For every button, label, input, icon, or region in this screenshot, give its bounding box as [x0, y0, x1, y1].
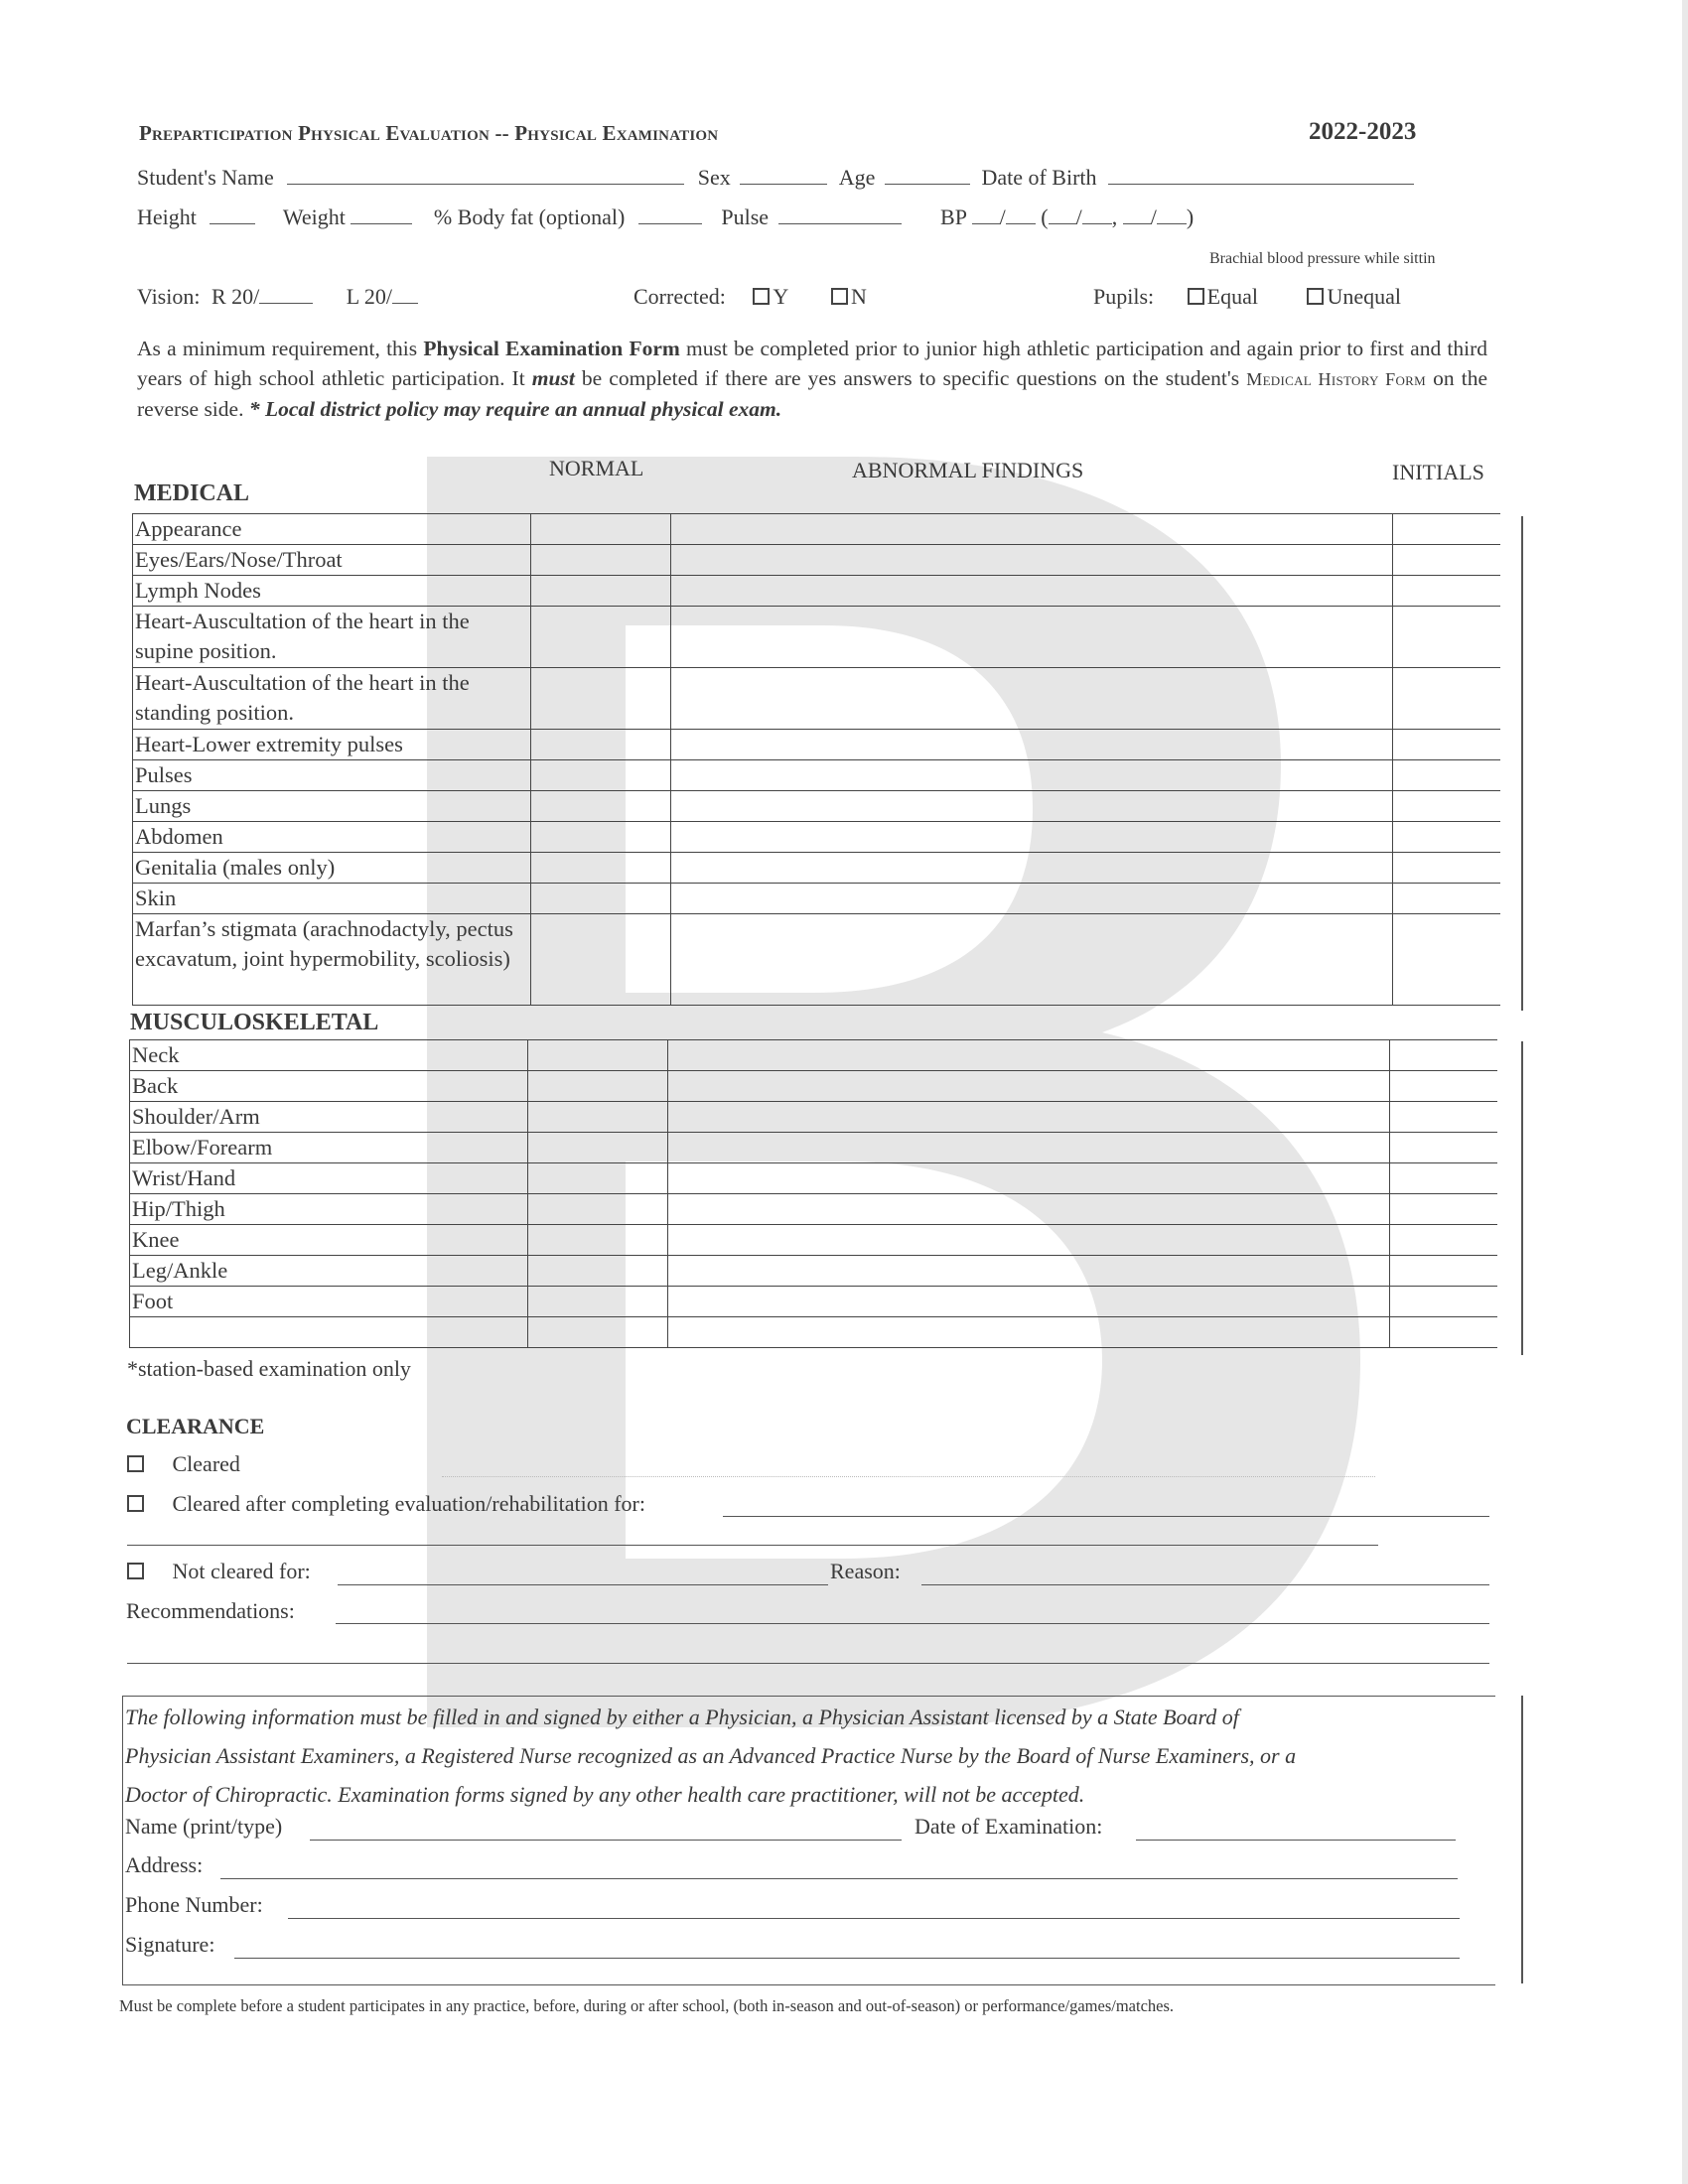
recommendations-field[interactable] [336, 1623, 1489, 1624]
table-row: Hip/Thigh [130, 1194, 1498, 1225]
normal-cell[interactable] [531, 545, 671, 576]
footer-note: Must be complete before a student partic… [119, 1996, 1174, 2016]
table-row: Lungs [133, 791, 1501, 822]
table-right-border [1515, 1041, 1523, 1355]
recommendations-label: Recommendations: [126, 1598, 295, 1624]
exam-date-label: Date of Examination: [914, 1814, 1102, 1840]
abnormal-findings-cell[interactable] [668, 1133, 1390, 1163]
abnormal-findings-cell[interactable] [671, 822, 1393, 853]
dob-field[interactable] [1108, 166, 1414, 185]
abnormal-findings-cell[interactable] [671, 607, 1393, 668]
abnormal-findings-cell[interactable] [668, 1256, 1390, 1287]
examiner-notice: The following information must be filled… [125, 1698, 1296, 1814]
recommendations-field-continued[interactable] [127, 1663, 1489, 1664]
normal-cell[interactable] [531, 760, 671, 791]
pulse-field[interactable] [778, 205, 902, 224]
normal-cell[interactable] [528, 1317, 668, 1348]
abnormal-findings-cell[interactable] [668, 1102, 1390, 1133]
signature-label: Signature: [125, 1932, 214, 1958]
cleared-after-checkbox[interactable]: Cleared after completing evaluation/reha… [127, 1491, 645, 1517]
vision-left-label: L 20/ [347, 284, 392, 309]
initials-cell[interactable] [1393, 730, 1501, 760]
checkbox-icon [127, 1455, 144, 1472]
column-header-initials: INITIALS [1392, 460, 1484, 485]
checkbox-icon [127, 1495, 144, 1512]
cleared-after-field[interactable] [723, 1516, 1489, 1517]
column-header-normal: NORMAL [549, 456, 643, 481]
table-row: Wrist/Hand [130, 1163, 1498, 1194]
age-field[interactable] [885, 166, 970, 185]
exam-item-label: Knee [130, 1225, 528, 1256]
abnormal-findings-cell[interactable] [668, 1317, 1390, 1348]
exam-item-label: Skin [133, 884, 531, 914]
box-right-border [1515, 1696, 1523, 1983]
exam-item-label: Leg/Ankle [130, 1256, 528, 1287]
sex-label: Sex [698, 165, 731, 190]
vision-label: Vision: [137, 284, 200, 309]
vision-row: Vision: R 20/ L 20/ [137, 284, 418, 310]
exam-date-field[interactable] [1136, 1840, 1456, 1841]
abnormal-findings-cell[interactable] [668, 1225, 1390, 1256]
exam-item-label: Hip/Thigh [130, 1194, 528, 1225]
table-row: Appearance [133, 514, 1501, 545]
abnormal-findings-cell[interactable] [671, 853, 1393, 884]
student-name-row: Student's Name Sex Age Date of Birth [137, 165, 1414, 191]
normal-cell[interactable] [528, 1256, 668, 1287]
pupils-label: Pupils: [1093, 284, 1154, 309]
normal-cell[interactable] [531, 822, 671, 853]
table-row: Eyes/Ears/Nose/Throat [133, 545, 1501, 576]
table-row: Skin [133, 884, 1501, 914]
initials-cell[interactable] [1393, 607, 1501, 668]
initials-cell[interactable] [1390, 1287, 1498, 1317]
bodyfat-field[interactable] [638, 205, 702, 224]
initials-cell[interactable] [1393, 668, 1501, 730]
student-name-label: Student's Name [137, 165, 274, 190]
exam-item-label: Eyes/Ears/Nose/Throat [133, 545, 531, 576]
abnormal-findings-cell[interactable] [671, 514, 1393, 545]
table-row: Shoulder/Arm [130, 1102, 1498, 1133]
not-cleared-field[interactable] [338, 1584, 828, 1585]
bp-field[interactable]: / (/, /) [972, 205, 1195, 229]
weight-field[interactable] [351, 205, 412, 224]
cleared-after-field-continued[interactable] [127, 1545, 1378, 1546]
abnormal-findings-cell[interactable] [668, 1194, 1390, 1225]
pupils-unequal-checkbox[interactable]: Unequal [1307, 284, 1401, 309]
exam-item-label: Wrist/Hand [130, 1163, 528, 1194]
exam-item-label: Heart-Auscultation of the heart in the s… [133, 668, 531, 730]
bp-note: Brachial blood pressure while sittin [1209, 250, 1436, 268]
clearance-heading: CLEARANCE [126, 1414, 264, 1439]
initials-cell[interactable] [1390, 1102, 1498, 1133]
phone-field[interactable] [288, 1918, 1460, 1919]
table-row: Heart-Lower extremity pulses [133, 730, 1501, 760]
initials-cell[interactable] [1393, 514, 1501, 545]
abnormal-findings-cell[interactable] [671, 576, 1393, 607]
dob-label: Date of Birth [981, 165, 1096, 190]
height-label: Height [137, 205, 197, 229]
table-row: Neck [130, 1040, 1498, 1071]
bp-label: BP [940, 205, 966, 229]
corrected-yes-checkbox[interactable]: Y [753, 284, 787, 309]
cleared-checkbox[interactable]: Cleared [127, 1451, 240, 1477]
initials-cell[interactable] [1393, 545, 1501, 576]
exam-item-label: Pulses [133, 760, 531, 791]
age-label: Age [839, 165, 876, 190]
checkbox-icon [831, 288, 848, 305]
exam-item-label: Heart-Lower extremity pulses [133, 730, 531, 760]
exam-item-label: Abdomen [133, 822, 531, 853]
exam-item-label: Genitalia (males only) [133, 853, 531, 884]
exam-item-label: Lymph Nodes [133, 576, 531, 607]
exam-item-label: Elbow/Forearm [130, 1133, 528, 1163]
examiner-name-field[interactable] [310, 1840, 902, 1841]
initials-cell[interactable] [1393, 853, 1501, 884]
normal-cell[interactable] [528, 1163, 668, 1194]
district-policy-note: * Local district policy may require an a… [249, 397, 781, 421]
table-row: Foot [130, 1287, 1498, 1317]
vision-right-field[interactable] [259, 285, 313, 304]
address-label: Address: [125, 1852, 203, 1878]
weight-label: Weight [283, 205, 346, 229]
initials-cell[interactable] [1390, 1133, 1498, 1163]
instructions-paragraph: As a minimum requirement, this Physical … [137, 334, 1487, 424]
abnormal-findings-cell[interactable] [668, 1287, 1390, 1317]
abnormal-findings-cell[interactable] [668, 1163, 1390, 1194]
normal-cell[interactable] [531, 730, 671, 760]
exam-item-label: Shoulder/Arm [130, 1102, 528, 1133]
reason-field[interactable] [921, 1584, 1489, 1585]
musculoskeletal-heading: MUSCULOSKELETAL [130, 1010, 378, 1036]
height-field[interactable] [210, 205, 255, 224]
initials-cell[interactable] [1393, 760, 1501, 791]
normal-cell[interactable] [531, 884, 671, 914]
table-row: Lymph Nodes [133, 576, 1501, 607]
abnormal-findings-cell[interactable] [671, 730, 1393, 760]
vision-left-field[interactable] [392, 285, 418, 304]
not-cleared-checkbox[interactable]: Not cleared for: [127, 1559, 311, 1584]
measurements-row: Height Weight % Body fat (optional) Puls… [137, 205, 1194, 230]
abnormal-findings-cell[interactable] [671, 545, 1393, 576]
normal-cell[interactable] [528, 1194, 668, 1225]
initials-cell[interactable] [1393, 791, 1501, 822]
normal-cell[interactable] [528, 1225, 668, 1256]
table-row: Marfan’s stigmata (arachnodactyly, pectu… [133, 914, 1501, 1006]
table-row: Genitalia (males only) [133, 853, 1501, 884]
checkbox-icon [753, 288, 770, 305]
initials-cell[interactable] [1390, 1256, 1498, 1287]
table-row: Knee [130, 1225, 1498, 1256]
normal-cell[interactable] [531, 668, 671, 730]
initials-cell[interactable] [1393, 914, 1501, 1006]
initials-cell[interactable] [1393, 576, 1501, 607]
initials-cell[interactable] [1390, 1163, 1498, 1194]
table-right-border [1515, 516, 1523, 1011]
pupils-equal-checkbox[interactable]: Equal [1188, 284, 1258, 309]
examiner-name-label: Name (print/type) [125, 1814, 282, 1840]
corrected-label: Corrected: [633, 284, 726, 309]
reason-label: Reason: [830, 1559, 901, 1584]
faint-scan-line [442, 1476, 1375, 1477]
station-note: *station-based examination only [127, 1356, 411, 1382]
checkbox-icon [127, 1563, 144, 1579]
musculoskeletal-exam-table: NeckBackShoulder/ArmElbow/ForearmWrist/H… [129, 1039, 1497, 1348]
abnormal-findings-cell[interactable] [671, 668, 1393, 730]
initials-cell[interactable] [1393, 884, 1501, 914]
column-header-abnormal: ABNORMAL FINDINGS [852, 458, 1083, 483]
initials-cell[interactable] [1393, 822, 1501, 853]
scan-edge [1682, 0, 1688, 2184]
table-row: Elbow/Forearm [130, 1133, 1498, 1163]
bodyfat-label: % Body fat (optional) [434, 205, 625, 229]
signature-field[interactable] [234, 1958, 1460, 1959]
abnormal-findings-cell[interactable] [671, 884, 1393, 914]
abnormal-findings-cell[interactable] [668, 1071, 1390, 1102]
pulse-label: Pulse [721, 205, 769, 229]
exam-item-label: Heart-Auscultation of the heart in the s… [133, 607, 531, 668]
initials-cell[interactable] [1390, 1317, 1498, 1348]
initials-cell[interactable] [1390, 1194, 1498, 1225]
table-row [130, 1317, 1498, 1348]
address-field[interactable] [220, 1878, 1458, 1879]
normal-cell[interactable] [531, 514, 671, 545]
sex-field[interactable] [740, 166, 827, 185]
initials-cell[interactable] [1390, 1040, 1498, 1071]
exam-item-label: Foot [130, 1287, 528, 1317]
normal-cell[interactable] [531, 607, 671, 668]
initials-cell[interactable] [1390, 1071, 1498, 1102]
exam-item-label: Marfan’s stigmata (arachnodactyly, pectu… [133, 914, 531, 1006]
abnormal-findings-cell[interactable] [668, 1040, 1390, 1071]
normal-cell[interactable] [528, 1071, 668, 1102]
school-year: 2022-2023 [1309, 118, 1416, 146]
normal-cell[interactable] [531, 576, 671, 607]
phone-label: Phone Number: [125, 1892, 263, 1918]
table-row: Heart-Auscultation of the heart in the s… [133, 668, 1501, 730]
vision-right-label: R 20/ [211, 284, 259, 309]
normal-cell[interactable] [528, 1133, 668, 1163]
table-row: Heart-Auscultation of the heart in the s… [133, 607, 1501, 668]
exam-item-label: Appearance [133, 514, 531, 545]
table-row: Abdomen [133, 822, 1501, 853]
checkbox-icon [1307, 288, 1324, 305]
normal-cell[interactable] [531, 791, 671, 822]
pupils-group: Pupils: Equal Unequal [1093, 284, 1401, 310]
medical-heading: MEDICAL [134, 480, 249, 507]
normal-cell[interactable] [528, 1287, 668, 1317]
form-title: Preparticipation Physical Evaluation -- … [139, 121, 718, 146]
table-row: Leg/Ankle [130, 1256, 1498, 1287]
table-row: Pulses [133, 760, 1501, 791]
medical-exam-table: AppearanceEyes/Ears/Nose/ThroatLymph Nod… [132, 513, 1500, 1006]
table-row: Back [130, 1071, 1498, 1102]
normal-cell[interactable] [531, 914, 671, 1006]
abnormal-findings-cell[interactable] [671, 914, 1393, 1006]
corrected-group: Corrected: Y N [633, 284, 867, 310]
exam-item-label: Lungs [133, 791, 531, 822]
student-name-field[interactable] [287, 166, 684, 185]
corrected-no-checkbox[interactable]: N [831, 284, 867, 309]
normal-cell[interactable] [528, 1040, 668, 1071]
abnormal-findings-cell[interactable] [671, 760, 1393, 791]
abnormal-findings-cell[interactable] [671, 791, 1393, 822]
form-name-emphasis: Physical Examination Form [423, 337, 679, 360]
exam-item-label [130, 1317, 528, 1348]
normal-cell[interactable] [531, 853, 671, 884]
initials-cell[interactable] [1390, 1225, 1498, 1256]
exam-item-label: Neck [130, 1040, 528, 1071]
checkbox-icon [1188, 288, 1204, 305]
exam-item-label: Back [130, 1071, 528, 1102]
normal-cell[interactable] [528, 1102, 668, 1133]
